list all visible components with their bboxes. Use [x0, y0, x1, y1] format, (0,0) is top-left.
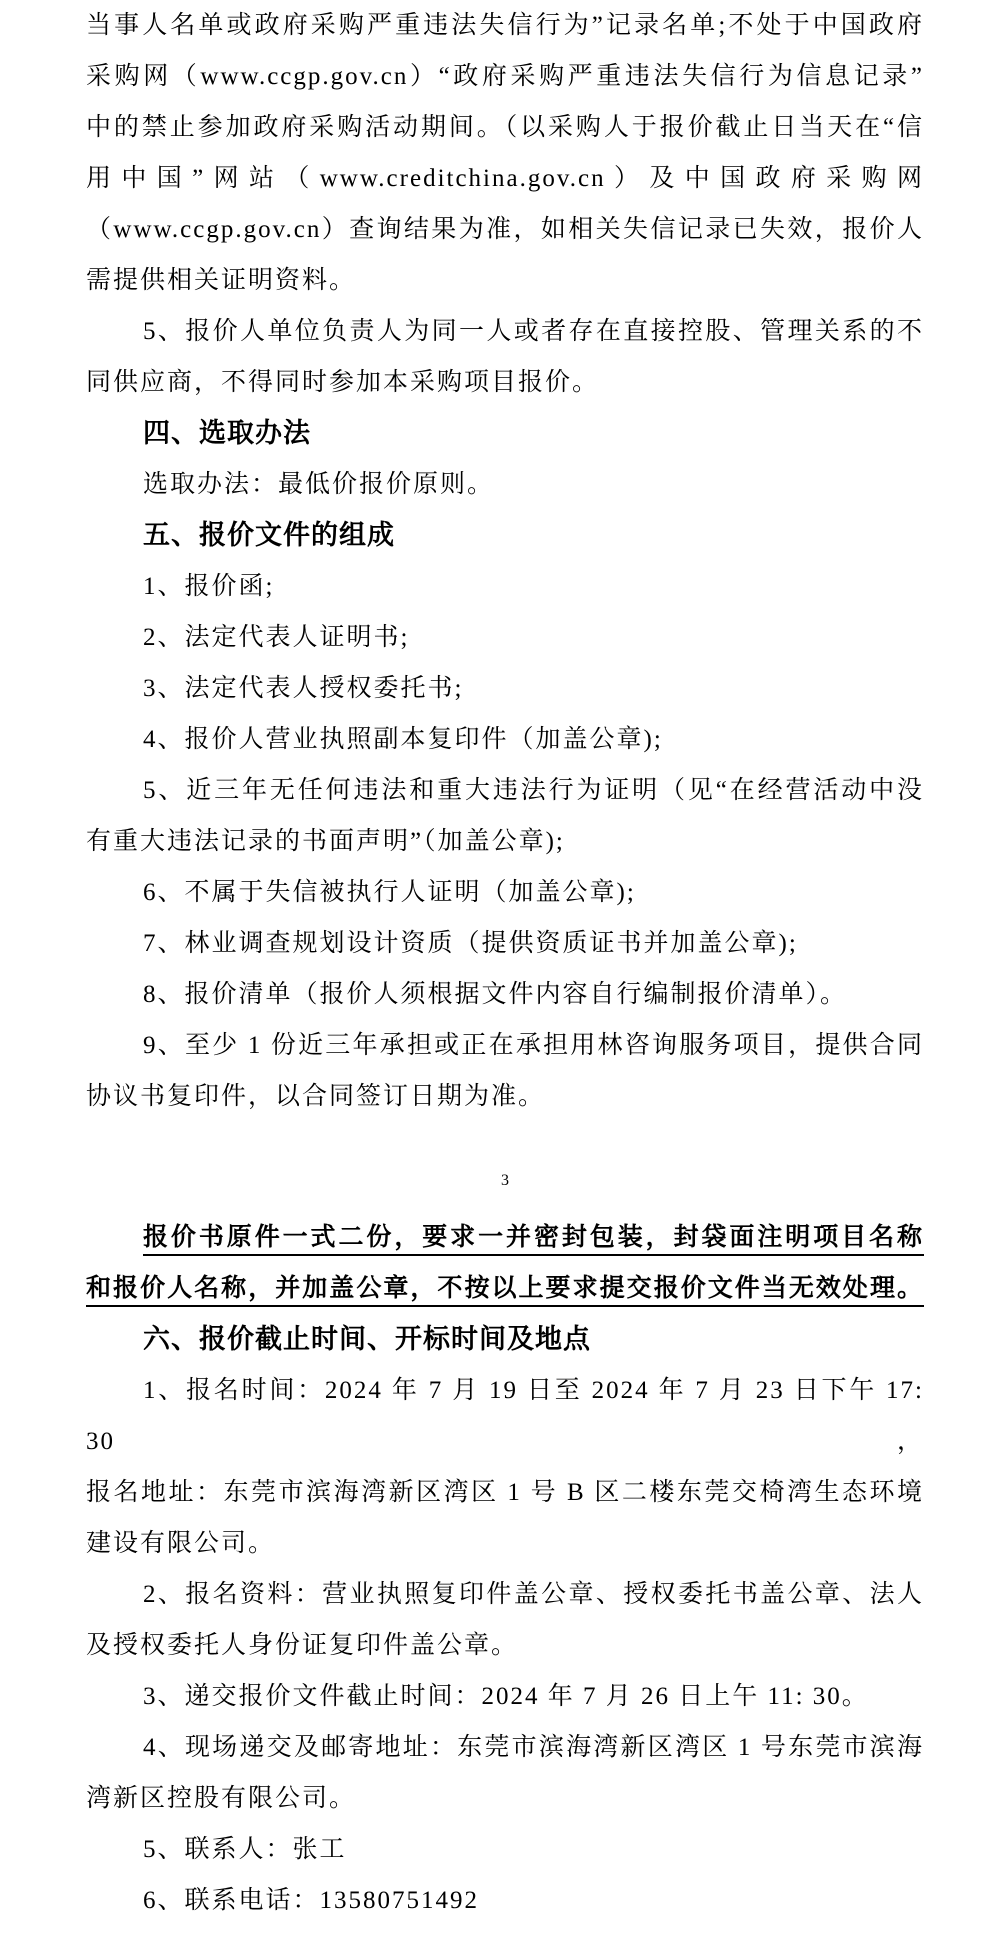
- section-heading-six: 六、报价截止时间、开标时间及地点: [86, 1314, 924, 1365]
- page-number: 3: [86, 1160, 924, 1202]
- text-line: 湾新区控股有限公司。: [86, 1773, 924, 1824]
- text-line: 选取办法：最低价报价原则。: [86, 459, 924, 510]
- list-item: 5、近三年无任何违法和重大违法行为证明（见“在经营活动中没: [86, 765, 924, 816]
- list-item: 4、报价人营业执照副本复印件（加盖公章);: [86, 714, 924, 765]
- list-item: 3、法定代表人授权委托书;: [86, 663, 924, 714]
- sealing-notice-line: 和报价人名称，并加盖公章，不按以上要求提交报价文件当无效处理。: [86, 1263, 924, 1314]
- list-item: 1、报名时间：2024 年 7 月 19 日至 2024 年 7 月 23 日下…: [86, 1365, 924, 1467]
- text-line: 需提供相关证明资料。: [86, 255, 924, 306]
- text-line: 报名地址：东莞市滨海湾新区湾区 1 号 B 区二楼东莞交椅湾生态环境: [86, 1467, 924, 1518]
- list-item: 2、法定代表人证明书;: [86, 612, 924, 663]
- text-line: 中的禁止参加政府采购活动期间。（以采购人于报价截止日当天在“信: [86, 102, 924, 153]
- list-item: 3、递交报价文件截止时间：2024 年 7 月 26 日上午 11: 30。: [86, 1671, 924, 1722]
- text-line: 协议书复印件，以合同签订日期为准。: [86, 1071, 924, 1122]
- text-line: 建设有限公司。: [86, 1518, 924, 1569]
- text-line: 用中国”网站（www.creditchina.gov.cn）及中国政府采购网: [86, 153, 924, 204]
- contact-phone-line: 6、联系电话：13580751492: [86, 1875, 924, 1926]
- section-heading-five: 五、报价文件的组成: [86, 510, 924, 561]
- text-line: 当事人名单或政府采购严重违法失信行为”记录名单;不处于中国政府: [86, 0, 924, 51]
- text-line: （www.ccgp.gov.cn）查询结果为准，如相关失信记录已失效，报价人: [86, 204, 924, 255]
- text-line: 采购网（www.ccgp.gov.cn）“政府采购严重违法失信行为信息记录”: [86, 51, 924, 102]
- list-item: 7、林业调查规划设计资质（提供资质证书并加盖公章);: [86, 918, 924, 969]
- list-item: 2、报名资料：营业执照复印件盖公章、授权委托书盖公章、法人: [86, 1569, 924, 1620]
- list-item: 4、现场递交及邮寄地址：东莞市滨海湾新区湾区 1 号东莞市滨海: [86, 1722, 924, 1773]
- list-item: 8、报价清单（报价人须根据文件内容自行编制报价清单）。: [86, 969, 924, 1020]
- section-heading-four: 四、选取办法: [86, 408, 924, 459]
- contact-person-line: 5、联系人：张工: [86, 1824, 924, 1875]
- text-line: 有重大违法记录的书面声明”（加盖公章);: [86, 816, 924, 867]
- list-item: 1、报价函;: [86, 561, 924, 612]
- text-line: 5、报价人单位负责人为同一人或者存在直接控股、管理关系的不: [86, 306, 924, 357]
- document-page: 当事人名单或政府采购严重违法失信行为”记录名单;不处于中国政府 采购网（www.…: [0, 0, 1000, 1946]
- text-line: 及授权委托人身份证复印件盖公章。: [86, 1620, 924, 1671]
- text-line: 同供应商，不得同时参加本采购项目报价。: [86, 357, 924, 408]
- list-item: 6、不属于失信被执行人证明（加盖公章);: [86, 867, 924, 918]
- list-item: 9、至少 1 份近三年承担或正在承担用林咨询服务项目，提供合同: [86, 1020, 924, 1071]
- sealing-notice-line: 报价书原件一式二份，要求一并密封包装，封袋面注明项目名称: [86, 1212, 924, 1263]
